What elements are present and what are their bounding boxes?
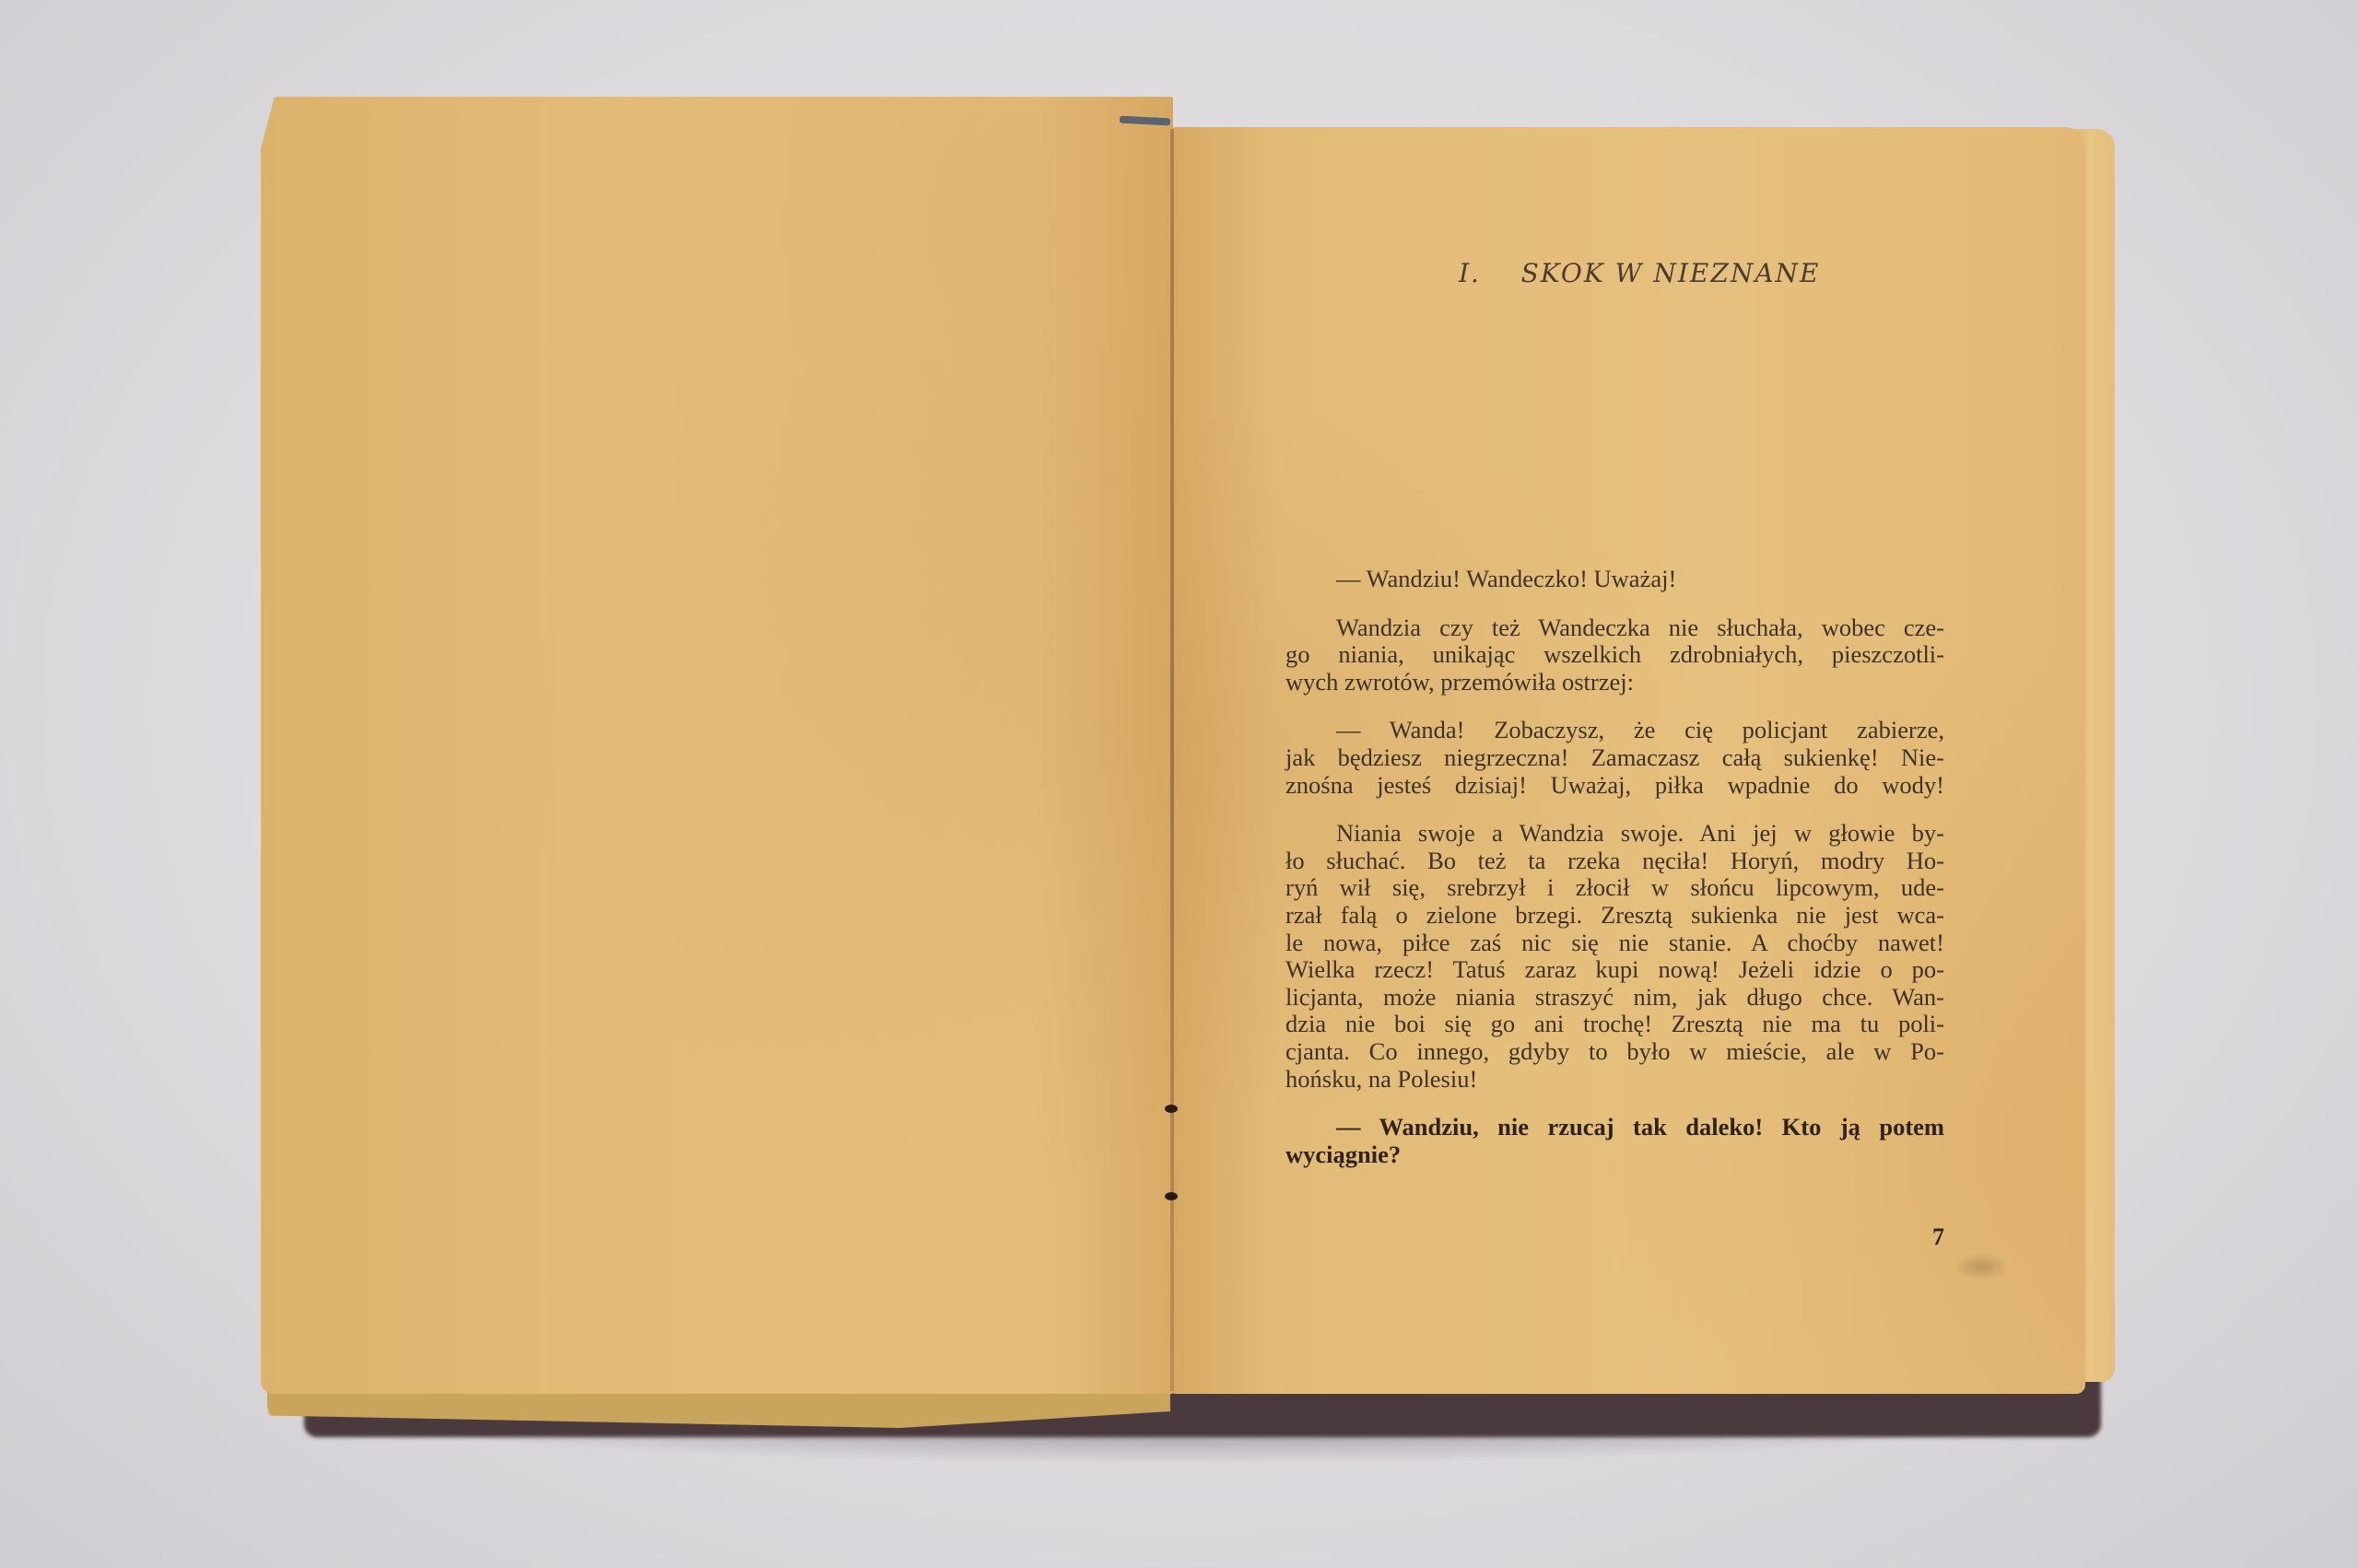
ink-smudge xyxy=(1954,1253,2009,1281)
text-line: hońsku, na Polesiu! xyxy=(1235,1066,1944,1094)
text-line: Wandzia czy też Wandeczka nie słuchała, … xyxy=(1285,614,1944,642)
text-line: znośna jesteś dzisiaj! Uważaj, piłka wpa… xyxy=(1235,772,1944,800)
paragraph: Niania swoje a Wandzia swoje. Ani jej w … xyxy=(1285,820,1944,1093)
text-line: cjanta. Co innego, gdyby to było w mieśc… xyxy=(1235,1038,1944,1066)
text-line: go niania, unikając wszelkich zdrobniały… xyxy=(1235,641,1944,669)
paragraph: — Wanda! Zobaczysz, że cię policjant zab… xyxy=(1285,717,1944,799)
chapter-heading: I. SKOK W NIEZNANE xyxy=(1459,258,1820,288)
paragraph: Wandzia czy też Wandeczka nie słuchała, … xyxy=(1285,614,1944,696)
book-spine xyxy=(1170,129,1174,1391)
text-line: dzia nie boi się go ani trochę! Zresztą … xyxy=(1235,1011,1944,1038)
text-line: wyciągnie? xyxy=(1235,1141,1944,1169)
text-line: ło słuchać. Bo też ta rzeka nęciła! Hory… xyxy=(1235,848,1944,875)
stitch-mark xyxy=(1165,1192,1178,1200)
text-line: Wielka rzecz! Tatuś zaraz kupi nową! Jeż… xyxy=(1235,956,1944,984)
text-line: jak będziesz niegrzeczna! Zamaczasz całą… xyxy=(1235,744,1944,772)
text-line: le nowa, piłce zaś nic się nie stanie. A… xyxy=(1235,930,1944,957)
text-line: — Wandziu, nie rzucaj tak daleko! Kto ją… xyxy=(1285,1114,1944,1141)
left-page-blank xyxy=(261,97,1173,1394)
body-text: — Wandziu! Wandeczko! Uważaj! Wandzia cz… xyxy=(1285,566,1944,1189)
text-line: — Wanda! Zobaczysz, że cię policjant zab… xyxy=(1285,717,1944,744)
stitch-mark xyxy=(1165,1105,1178,1113)
page-number: 7 xyxy=(1932,1223,1944,1251)
text-line: — Wandziu! Wandeczko! Uważaj! xyxy=(1285,566,1944,593)
text-line: Niania swoje a Wandzia swoje. Ani jej w … xyxy=(1285,820,1944,848)
paragraph: — Wandziu, nie rzucaj tak daleko! Kto ją… xyxy=(1285,1114,1944,1168)
text-line: licjanta, może niania straszyć nim, jak … xyxy=(1235,984,1944,1012)
text-line: wych zwrotów, przemówiła ostrzej: xyxy=(1235,669,1944,696)
text-line: rzał falą o zielone brzegi. Zresztą suki… xyxy=(1235,902,1944,930)
text-line: ryń wił się, srebrzył i złocił w słońcu … xyxy=(1235,874,1944,902)
paragraph: — Wandziu! Wandeczko! Uważaj! xyxy=(1285,566,1944,593)
